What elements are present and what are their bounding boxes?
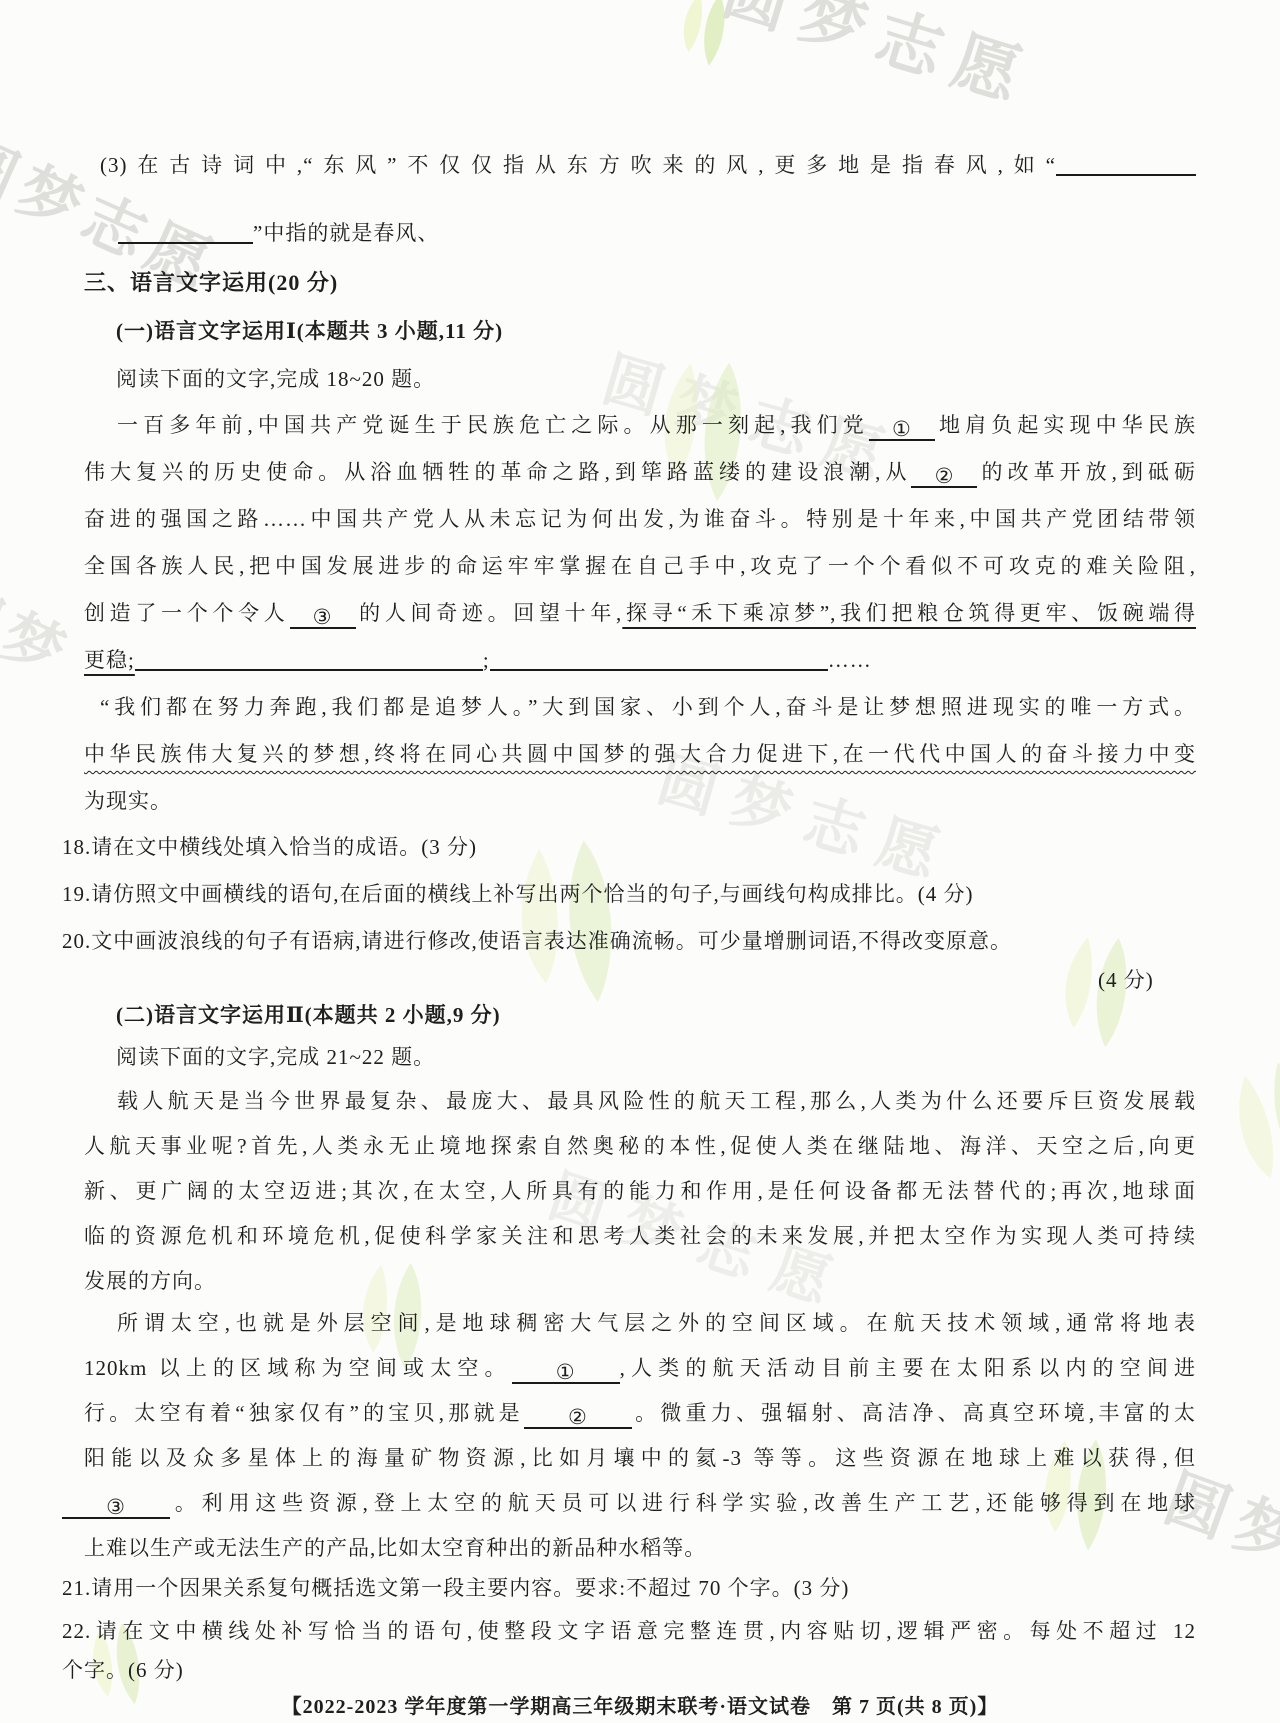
passage1-line1: 一百多年前,中国共产党诞生于民族危亡之际。从那一刻起,我们党①地肩负起实现中华民… — [117, 410, 1196, 441]
question-18: 18.请在文中横线处填入恰当的成语。(3 分) — [62, 832, 477, 862]
question-21: 21.请用一个因果关系复句概括选文第一段主要内容。要求:不超过 70 个字。(3… — [62, 1573, 849, 1603]
blank-number: ① — [892, 417, 912, 441]
passage1-line4: 全国各族人民,把中国发展进步的命运牢牢掌握在自己手中,攻克了一个个看似不可攻克的… — [84, 551, 1196, 581]
passage2-line3: 为现实。 — [84, 786, 172, 816]
passage1-line3: 奋进的强国之路……中国共产党人从未忘记为何出发,为谁奋斗。特别是十年来,中国共产… — [84, 504, 1196, 534]
passage1-line6: 更稳;;…… — [84, 645, 872, 675]
answer-blank — [1056, 152, 1196, 176]
answer-blank: ① — [869, 417, 935, 441]
question-20: 20.文中画波浪线的句子有语病,请进行修改,使语言表达准确流畅。可少量增删词语,… — [62, 926, 1012, 956]
answer-blank: ② — [524, 1405, 632, 1429]
answer-blank: ② — [911, 464, 977, 488]
part1-heading: (一)语言文字运用Ⅰ(本题共 3 小题,11 分) — [116, 316, 503, 346]
question-20-score: (4 分) — [1098, 965, 1154, 995]
passage3-line5: 发展的方向。 — [84, 1266, 216, 1296]
underlined-sentence: 探寻“禾下乘凉梦”,我们把粮仓筑得更牢、饭碗端得 — [622, 601, 1196, 625]
passage-text: ; — [483, 648, 490, 672]
passage-text: 。利用这些资源,登上太空的航天员可以进行科学实验,改善生产工艺,还能够得到在地球 — [170, 1491, 1196, 1515]
blank-number: ① — [556, 1360, 576, 1384]
answer-blank: ③ — [62, 1495, 170, 1519]
passage-text: ,人类的航天活动目前主要在太阳系以内的空间进 — [620, 1356, 1196, 1380]
part2-intro: 阅读下面的文字,完成 21~22 题。 — [116, 1042, 435, 1072]
question-text: ”中指的就是春风、 — [253, 221, 439, 245]
passage-text: 行。太空有着“独家仅有”的宝贝,那就是 — [84, 1401, 524, 1425]
part2-heading: (二)语言文字运用Ⅱ(本题共 2 小题,9 分) — [116, 1000, 501, 1030]
passage-text: 120km 以上的区域称为空间或太空。 — [84, 1356, 512, 1380]
passage-text: 的人间奇迹。回望十年, — [356, 601, 623, 625]
passage3-line1: 载人航天是当今世界最复杂、最庞大、最具风险性的航天工程,那么,人类为什么还要斥巨… — [117, 1086, 1196, 1116]
passage4-line1: 所谓太空,也就是外层空间,是地球稠密大气层之外的空间区域。在航天技术领域,通常将… — [117, 1308, 1196, 1338]
blank-number: ③ — [106, 1495, 126, 1519]
passage4-line5: ③。利用这些资源,登上太空的航天员可以进行科学实验,改善生产工艺,还能够得到在地… — [62, 1488, 1196, 1519]
passage4-line6: 上难以生产或无法生产的产品,比如太空育种出的新品种水稻等。 — [84, 1533, 706, 1563]
exam-page: 圆梦志愿 圆梦志愿 圆梦 圆梦志愿 圆梦志愿 圆梦志愿 圆梦 (3)在古诗词中,… — [0, 0, 1280, 1723]
answer-blank — [135, 647, 483, 671]
passage-text: 的改革开放,到砥砺 — [977, 460, 1196, 484]
passage-text: 创造了一个个令人 — [84, 601, 290, 625]
blank-number: ② — [568, 1405, 588, 1429]
passage-text: 伟大复兴的历史使命。从浴血牺牲的革命之路,到筚路蓝缕的建设浪潮,从 — [84, 460, 911, 484]
passage3-line4: 临的资源危机和环境危机,促使科学家关注和思考人类社会的未来发展,并把太空作为实现… — [84, 1221, 1196, 1251]
answer-blank: ① — [512, 1360, 620, 1384]
passage-text: 地肩负起实现中华民族 — [935, 413, 1196, 437]
passage-text: 一百多年前,中国共产党诞生于民族危亡之际。从那一刻起,我们党 — [117, 413, 869, 437]
question-text: (3)在古诗词中,“东风”不仅仅指从东方吹来的风,更多地是指春风,如“ — [100, 153, 1056, 177]
passage3-line3: 新、更广阔的太空迈进;其次,在太空,人所具有的能力和作用,是任何设备都无法替代的… — [84, 1176, 1196, 1206]
passage1-line2: 伟大复兴的历史使命。从浴血牺牲的革命之路,到筚路蓝缕的建设浪潮,从②的改革开放,… — [84, 457, 1196, 488]
blank-number: ③ — [313, 605, 333, 629]
exam-content: (3)在古诗词中,“东风”不仅仅指从东方吹来的风,更多地是指春风,如“ ”中指的… — [0, 0, 1280, 1723]
part1-intro: 阅读下面的文字,完成 18~20 题。 — [116, 364, 435, 394]
passage1-line5: 创造了一个个令人③的人间奇迹。回望十年,探寻“禾下乘凉梦”,我们把粮仓筑得更牢、… — [84, 598, 1196, 629]
passage2-line2-wavy: 中华民族伟大复兴的梦想,终将在同心共圆中国梦的强大合力促进下,在一代代中国人的奋… — [84, 739, 1196, 769]
passage-text: …… — [828, 648, 872, 672]
passage3-line2: 人航天事业呢?首先,人类永无止境地探索自然奥秘的本性,促使人类在继陆地、海洋、天… — [84, 1131, 1196, 1161]
page-footer: 【2022-2023 学年度第一学期高三年级期末联考·语文试卷 第 7 页(共 … — [0, 1690, 1280, 1719]
answer-blank — [118, 220, 253, 244]
passage4-line2: 120km 以上的区域称为空间或太空。①,人类的航天活动目前主要在太阳系以内的空… — [84, 1353, 1196, 1384]
blank-number: ② — [935, 464, 955, 488]
section-heading: 三、语言文字运用(20 分) — [84, 268, 338, 298]
answer-blank: ③ — [290, 605, 356, 629]
answer-blank — [490, 647, 828, 671]
passage4-line3: 行。太空有着“独家仅有”的宝贝,那就是②。微重力、强辐射、高洁净、高真空环境,丰… — [84, 1398, 1196, 1429]
passage2-line1: “我们都在努力奔跑,我们都是追梦人。”大到国家、小到个人,奋斗是让梦想照进现实的… — [100, 692, 1196, 722]
passage-text: 。微重力、强辐射、高洁净、高真空环境,丰富的太 — [632, 1401, 1196, 1425]
passage4-line4: 阳能以及众多星体上的海量矿物资源,比如月壤中的氦-3 等等。这些资源在地球上难以… — [84, 1443, 1196, 1473]
question-19: 19.请仿照文中画横线的语句,在后面的横线上补写出两个恰当的句子,与画线句构成排… — [62, 879, 973, 909]
underlined-sentence: 更稳; — [84, 648, 135, 672]
question-22-line1: 22.请在文中横线处补写恰当的语句,使整段文字语意完整连贯,内容贴切,逻辑严密。… — [62, 1616, 1196, 1646]
question-22-line2: 个字。(6 分) — [62, 1655, 184, 1685]
question-17-3-line1: (3)在古诗词中,“东风”不仅仅指从东方吹来的风,更多地是指春风,如“ — [100, 150, 1196, 180]
question-17-3-line2: ”中指的就是春风、 — [118, 218, 439, 248]
